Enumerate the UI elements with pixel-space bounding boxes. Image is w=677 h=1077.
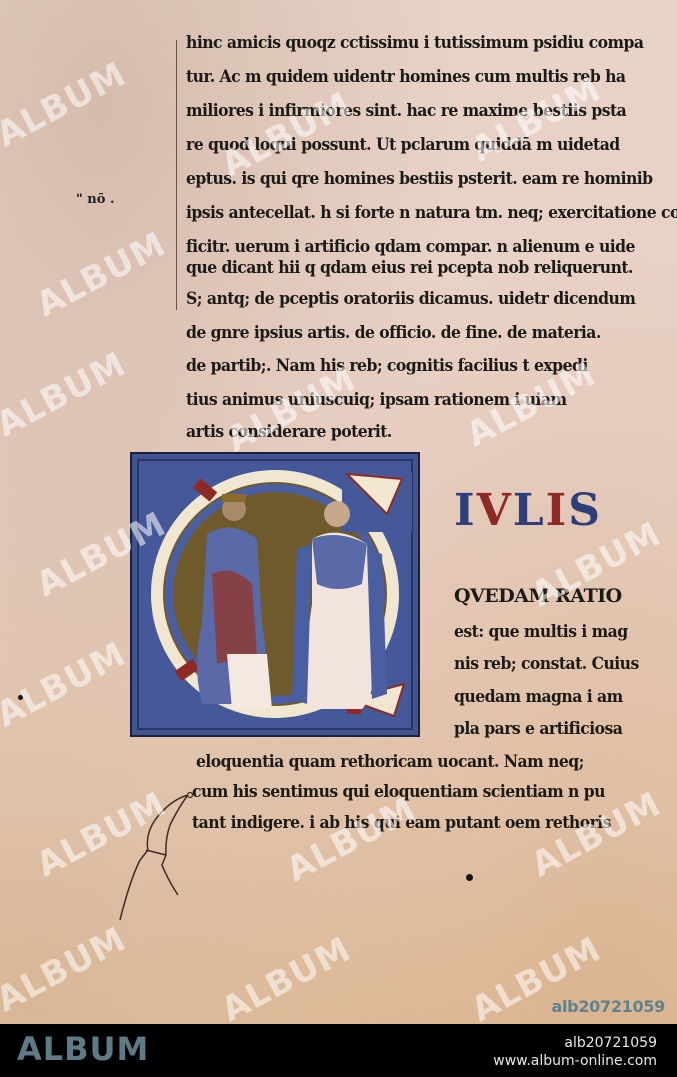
watermark: ALBUM xyxy=(0,919,133,1020)
watermark: ALBUM xyxy=(30,224,173,325)
rubric-heading: IVLIS xyxy=(454,485,602,536)
text-line: est: que multis i mag xyxy=(454,622,628,642)
website-url[interactable]: www.album-online.com xyxy=(493,1052,657,1070)
watermark: ALBUM xyxy=(280,789,423,890)
text-line: quedam magna i am xyxy=(454,687,623,707)
rubric-letter: V xyxy=(477,485,513,536)
image-id-stamp: alb20721059 xyxy=(552,997,666,1016)
text-line: hinc amicis quoqz cctissimu i tutissimum… xyxy=(186,33,643,53)
text-line: eloquentia quam rethoricam uocant. Nam n… xyxy=(196,752,584,772)
text-line: de partib;. Nam his reb; cognitis facili… xyxy=(186,356,588,376)
margin-note: " nō . xyxy=(76,192,114,207)
text-line: nis reb; constat. Cuius xyxy=(454,654,639,674)
watermark: ALBUM xyxy=(0,344,133,445)
rubric-letter: I xyxy=(454,485,477,536)
margin-ruling-line xyxy=(176,40,177,310)
rubric-letter: L xyxy=(513,485,546,536)
text-line: S; antq; de pceptis oratoriis dicamus. u… xyxy=(186,289,635,309)
watermark: ALBUM xyxy=(215,929,358,1024)
text-line: que dicant hii q qdam eius rei pcepta no… xyxy=(186,258,633,278)
manuscript-page: " nō . hinc amicis quoqz cctissimu i tut… xyxy=(0,0,677,1024)
rubric-letter: S xyxy=(568,485,602,536)
footer-meta: alb20721059 www.album-online.com xyxy=(493,1034,657,1070)
watermark: ALBUM xyxy=(0,634,133,735)
text-line: ficitr. uerum i artificio qdam compar. n… xyxy=(186,237,635,257)
text-line: ipsis antecellat. h si forte n natura tm… xyxy=(186,203,677,223)
footer-bar: ALBUM alb20721059 www.album-online.com xyxy=(0,1024,677,1077)
image-id: alb20721059 xyxy=(493,1034,657,1052)
ink-dot xyxy=(466,874,473,881)
watermark: ALBUM xyxy=(0,54,133,155)
historiated-initial xyxy=(130,452,420,737)
text-line: pla pars e artificiosa xyxy=(454,719,622,739)
album-logo: ALBUM xyxy=(17,1030,149,1068)
initial-c-illumination xyxy=(132,454,418,735)
rubric-letter: I xyxy=(546,485,569,536)
text-line: de gnre ipsius artis. de officio. de fin… xyxy=(186,323,601,343)
